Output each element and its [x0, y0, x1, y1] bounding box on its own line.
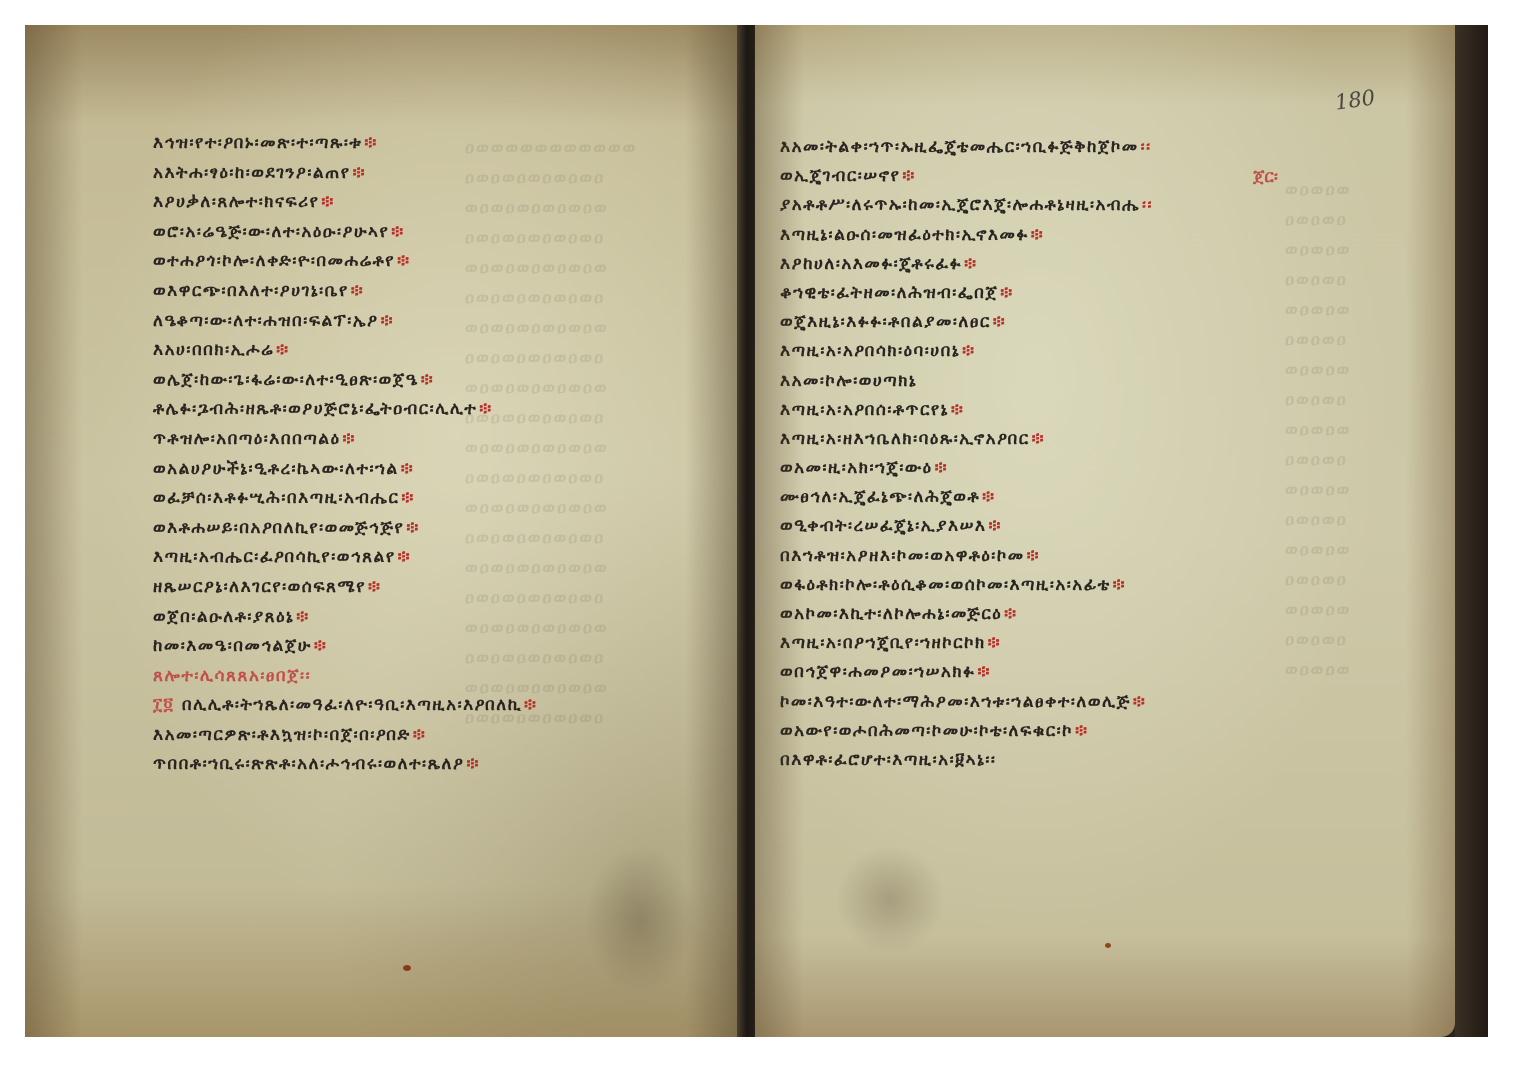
text-line: ወጀበ፡ልዑለቶ፡ያጸዕኔ፨	[153, 603, 537, 633]
text-line: ጥበበቶ፡ኀቢሩ፡ጽጽቶ፡አለ፡ሖኅብሩ፡ወለተ፡ጼለዖ፨	[153, 750, 537, 780]
book-cover-edge	[1455, 25, 1488, 1037]
text-line: ወአውየ፡ወሖበሕመጣ፡ኮመሁ፡ኮቴ፡ለፍቁር፡ኮ፨	[780, 717, 1153, 746]
text-line: እዖሀቃለ፡ጸሎተ፡ክናፍሪየ፨	[153, 188, 537, 218]
right-page: ወዐወዐወዐወዐወዐወዐወዐወዐወዐወዐወዐወዐወዐወዐወዐወዐወዐወዐወዐወዐ…	[755, 25, 1455, 1037]
stain-left-smudge	[585, 845, 695, 995]
manuscript-photo: ዐወወወወወወወወወወወዐወዐወዐወዐወዐወዐወዐወዐወዐወዐወዐወዐወዐወዐወ…	[25, 25, 1488, 1037]
stain-right-smudge	[835, 845, 945, 955]
stain-left-spot	[403, 965, 411, 971]
text-line: ወሌጀ፡ከው፡ጌ፡ፋሬ፡ው፡ለተ፡ዒፀጽ፡ወጀዔ፨	[153, 366, 537, 396]
text-line: ኮመ፡እዓተ፡ውለተ፡ማሕዖመ፡እኀቱ፡ኀልፀቀተ፡ለወሊጅ፨	[780, 688, 1153, 717]
text-line: እጣዚ፡አ፡አዖበሰ፡ቶጥርየኔ፨	[780, 396, 1153, 425]
text-line: ወአመ፡ዚ፡አክ፡ኀጄ፡ውዕ፨	[780, 454, 1153, 483]
text-line: ቆኀዊቴ፡ፈትዘመ፡ለሕዝብ፡ፌበጀ፨	[780, 279, 1153, 308]
text-line: እአሀ፡በበክ፡ኢሖሬ፨	[153, 336, 537, 366]
text-line: ወጄእዚኔ፡እፉፉ፡ቶበልያመ፡ለፀር፨	[780, 308, 1153, 337]
text-line: ቶሌፉ፡ጔብሕ፡ዘጼቶ፡ወዖሀጅሮኔ፡ፌትዐብር፡ሊሊተ፨	[153, 395, 537, 425]
text-line: እጣዚ፡አ፡ዘእኀቤለክ፡ባዕጹ፡ኢኖአዖበር፨	[780, 425, 1153, 454]
text-line: ወፈቻሰ፡እቶፉሢሕ፡በእጣዚ፡አብሔር፨	[153, 484, 537, 514]
text-line: በእዋቶ፡ፈሮሆተ፡እጣዚ፡አ፡፱ኣኔ፡፡	[780, 746, 1153, 775]
text-line: ወዒቀብት፡ረሠፈጄኔ፡ኢያእሠእ፨	[780, 512, 1153, 541]
text-line: እጣዚ፡አ፡በዖኀጄቢየ፡ኀዘኮርኮክ፨	[780, 629, 1153, 658]
text-line: ከመ፡እመዔ፡በመኅልጀሁ፨	[153, 632, 537, 662]
rubric-initial: ፲፬	[153, 695, 174, 715]
text-line: ወእዋርጭ፡በእለተ፡ዖሀገኔ፡ቤየ፨	[153, 277, 537, 307]
text-line: እዖከሀለ፡አእመፉ፡ጄቶሩፈፉ፨	[780, 250, 1153, 279]
text-line: ወኢጄገብር፡ሠኖየ፨	[780, 162, 1153, 191]
left-page-text: እኅዝ፡የተ፡ዖበኑ፡መጽ፡ተ፡ጣጹ፡ቱ፨ አእትሐ፡ፃዕ፡ከ፡ወደገንዖ፡ልጠ…	[153, 129, 537, 780]
show-through-text-right: ወዐወዐወዐወዐወዐወዐወዐወዐወዐወዐወዐወዐወዐወዐወዐወዐወዐወዐወዐወዐ…	[1285, 175, 1351, 685]
text-line: እአመ፡ጣርዎጽ፡ቶእኳዝ፡ኮ፡በጀ፡በ፡ዖበድ፨	[153, 721, 537, 751]
text-line: አእትሐ፡ፃዕ፡ከ፡ወደገንዖ፡ልጠየ፨	[153, 159, 537, 189]
text-line: ያአቶቶሥ፡ለሩጥኡ፡ከመ፡ኢጄሮእጄ፡ሎሐቶኔዛዚ፡አብሔ፡፡	[780, 191, 1153, 220]
text-line: ጥቶዝሎ፡አበጣዕ፡እበበጣልዕ፨	[153, 425, 537, 455]
margin-rubric: ጀር፡	[1253, 167, 1278, 187]
text-line: ዘጼሠርዖኔ፡ለእገርየ፡ወሰፍጸሜየ፨	[153, 573, 537, 603]
text-line: ወእቶሐሠይ፡በአዖበለኪየ፡ወመጅኅጅየ፨	[153, 514, 537, 544]
text-line: ወአኮመ፡እኪተ፡ለኮሎሐኔ፡መጅርዕ፨	[780, 600, 1153, 629]
text-line: እአመ፡ኮሎ፡ወሀጣክኔ	[780, 367, 1153, 396]
stain-right-spot	[1105, 943, 1111, 948]
text-line: እጣዚ፡አብሔር፡ፈዖበሳኪየ፡ወኅጸልየ፨	[153, 543, 537, 573]
text-line: እአመ፡ትልቀ፡ኀጥ፡ኡዚፌጄቴመሔር፡ኀቢፉጅቅከጀኮመ፡፡	[780, 133, 1153, 162]
text-line: ሙፀኅለ፡ኢጄፈኔጭ፡ለሕጄወቶ፨	[780, 483, 1153, 512]
text-line: በእኀቶዝ፡አዖዘእ፡ኮመ፡ወአዋቶዕ፡ኮመ፨	[780, 542, 1153, 571]
text-line: ወፋዕቶክ፡ኮሎ፡ቶዕሲቆመ፡ወሰኮመ፡እጣዚ፡አ፡አፊቴ፨	[780, 571, 1153, 600]
folio-number: 180	[1334, 85, 1377, 114]
rubric-heading-line: ጸሎተ፡ሊሳጸጸአ፡ፀበጀ፡፡	[153, 662, 537, 692]
text-line: እኅዝ፡የተ፡ዖበኑ፡መጽ፡ተ፡ጣጹ፡ቱ፨	[153, 129, 537, 159]
left-page: ዐወወወወወወወወወወወዐወዐወዐወዐወዐወዐወዐወዐወዐወዐወዐወዐወዐወዐወ…	[25, 25, 743, 1037]
show-through-text-left: ዐወወወወወወወወወወወዐወዐወዐወዐወዐወዐወዐወዐወዐወዐወዐወዐወዐወዐወ…	[465, 133, 637, 733]
text-line: ለዔቆጣ፡ው፡ለተ፡ሐዝበ፡ፍልፕ፡ኤዖ፨	[153, 307, 537, 337]
right-page-text: እአመ፡ትልቀ፡ኀጥ፡ኡዚፌጄቴመሔር፡ኀቢፉጅቅከጀኮመ፡፡ ወኢጄገብር፡ሠ…	[780, 133, 1153, 775]
text-line: እጣዚኔ፡ልዑሰ፡መዝፈዕተክ፡ኢኖእመፉ፨	[780, 221, 1153, 250]
text-line: ወሮ፡አ፡ሬዔጅ፡ው፡ለተ፡አዕዑ፡ዖሁኣየ፨	[153, 218, 537, 248]
text-line: ወአልሀዖሁችኔ፡ዒቶረ፡ኬኣው፡ለተ፡ኀል፨	[153, 455, 537, 485]
text-line: ወተሐዖጎ፡ኮሎ፡ለቀድ፡ዮ፡በመሐሬቶየ፨	[153, 247, 537, 277]
text-line: ፲፬ በሊሊቶ፡ትኀጼለ፡መዓፈ፡ለዮ፡ዓቢ፡እጣዚአ፡እዖበለኪ፨	[153, 691, 537, 721]
text-line: ወበኅጀዋ፡ሐመዖመ፡ኀሠአክፉ፨	[780, 658, 1153, 687]
text-line: እጣዚ፡አ፡አዖበሳክ፡ዕባ፡ሀበኔ፨	[780, 337, 1153, 366]
